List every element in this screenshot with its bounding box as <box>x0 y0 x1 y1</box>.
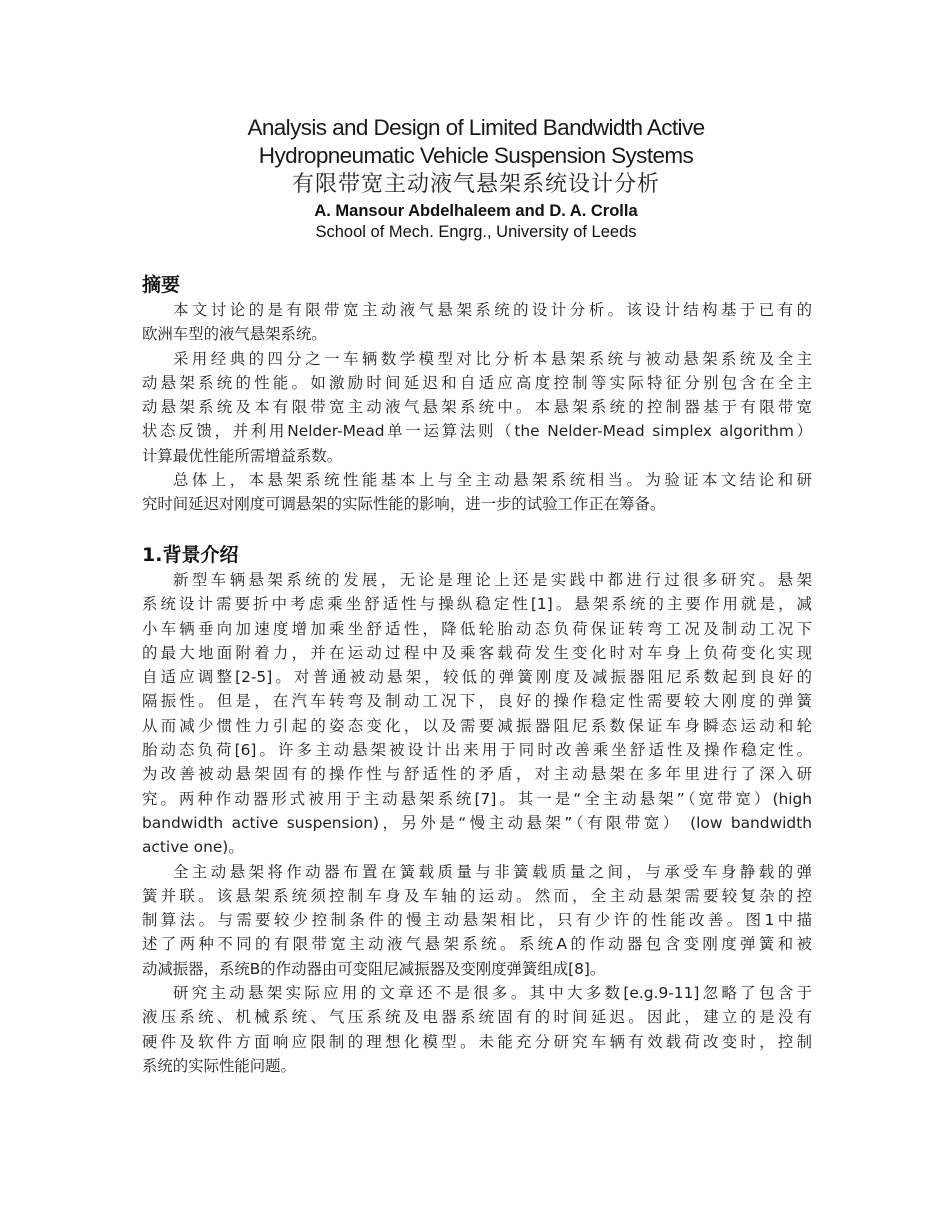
body-line: 的最大地面附着力，并在运动过程中及乘客载荷发生变化时对车身上负荷变化实现 <box>142 641 812 665</box>
body-line: 硬件及软件方面响应限制的理想化模型。未能充分研究车辆有效载荷改变时，控制 <box>142 1030 812 1054</box>
affiliation: School of Mech. Engrg., University of Le… <box>0 222 952 243</box>
abstract-heading: 摘要 <box>142 272 812 298</box>
abstract-line: 采用经典的四分之一车辆数学模型对比分析本悬架系统与被动悬架系统及全主 <box>142 347 812 371</box>
body-line: active one)。 <box>142 835 812 859</box>
paper-title-en-line1: Analysis and Design of Limited Bandwidth… <box>0 114 952 142</box>
body-line: 胎动态负荷[6]。许多主动悬架被设计出来用于同时改善乘坐舒适性及操作稳定性。 <box>142 738 812 762</box>
abstract-line: 欧洲车型的液气悬架系统。 <box>142 322 812 346</box>
body-line: 簧并联。该悬架系统须控制车身及车轴的运动。然而，全主动悬架需要较复杂的控 <box>142 884 812 908</box>
body-line: 系统设计需要折中考虑乘坐舒适性与操纵稳定性[1]。悬架系统的主要作用就是，减 <box>142 592 812 616</box>
body-line: 究。两种作动器形式被用于主动悬架系统[7]。其一是“全主动悬架”（宽带宽）(hi… <box>142 787 812 811</box>
body-line: bandwidth active suspension)，另外是“慢主动悬架”（… <box>142 811 812 835</box>
body-line: 系统的实际性能问题。 <box>142 1054 812 1078</box>
abstract-line: 总体上，本悬架系统性能基本上与全主动悬架系统相当。为验证本文结论和研 <box>142 468 812 492</box>
body-line: 动减振器，系统B的作动器由可变阻尼减振器及变刚度弹簧组成[8]。 <box>142 957 812 981</box>
body-line: 从而减少惯性力引起的姿态变化，以及需要减振器阻尼系数保证车身瞬态运动和轮 <box>142 714 812 738</box>
body-line: 新型车辆悬架系统的发展，无论是理论上还是实践中都进行过很多研究。悬架 <box>142 568 812 592</box>
body-line: 研究主动悬架实际应用的文章还不是很多。其中大多数[e.g.9-11]忽略了包含于 <box>142 981 812 1005</box>
body-line: 制算法。与需要较少控制条件的慢主动悬架相比，只有少许的性能改善。图1中描 <box>142 908 812 932</box>
authors: A. Mansour Abdelhaleem and D. A. Crolla <box>0 201 952 222</box>
body-line: 为改善被动悬架固有的操作性与舒适性的矛盾，对主动悬架在多年里进行了深入研 <box>142 762 812 786</box>
paper-title-en-line2: Hydropneumatic Vehicle Suspension System… <box>0 142 952 170</box>
abstract-line: 计算最优性能所需增益系数。 <box>142 444 812 468</box>
paper-title-zh: 有限带宽主动液气悬架系统设计分析 <box>0 170 952 200</box>
body-line: 液压系统、机械系统、气压系统及电器系统固有的时间延迟。因此，建立的是没有 <box>142 1005 812 1029</box>
body-line: 述了两种不同的有限带宽主动液气悬架系统。系统A的作动器包含变刚度弹簧和被 <box>142 932 812 956</box>
title-block: Analysis and Design of Limited Bandwidth… <box>0 114 952 243</box>
abstract-line: 动悬架系统及本有限带宽主动液气悬架系统中。本悬架系统的控制器基于有限带宽 <box>142 395 812 419</box>
body-line: 小车辆垂向加速度增加乘坐舒适性，降低轮胎动态负荷保证转弯工况及制动工况下 <box>142 617 812 641</box>
body-line: 隔振性。但是，在汽车转弯及制动工况下，良好的操作稳定性需要较大刚度的弹簧 <box>142 689 812 713</box>
body-line: 全主动悬架将作动器布置在簧载质量与非簧载质量之间，与承受车身静载的弹 <box>142 860 812 884</box>
abstract-line: 本文讨论的是有限带宽主动液气悬架系统的设计分析。该设计结构基于已有的 <box>142 298 812 322</box>
document-page: Analysis and Design of Limited Bandwidth… <box>0 0 952 1232</box>
section-background: 1.背景介绍 新型车辆悬架系统的发展，无论是理论上还是实践中都进行过很多研究。悬… <box>142 542 812 1078</box>
body-line: 自适应调整[2-5]。对普通被动悬架，较低的弹簧刚度及减振器阻尼系数起到良好的 <box>142 665 812 689</box>
abstract-line: 状态反馈，并利用Nelder-Mead单一运算法则（the Nelder-Mea… <box>142 419 812 443</box>
section-heading: 1.背景介绍 <box>142 542 812 568</box>
abstract-line: 动悬架系统的性能。如激励时间延迟和自适应高度控制等实际特征分别包含在全主 <box>142 371 812 395</box>
abstract-section: 摘要 本文讨论的是有限带宽主动液气悬架系统的设计分析。该设计结构基于已有的 欧洲… <box>142 272 812 517</box>
abstract-line: 究时间延迟对刚度可调悬架的实际性能的影响，进一步的试验工作正在筹备。 <box>142 492 812 516</box>
